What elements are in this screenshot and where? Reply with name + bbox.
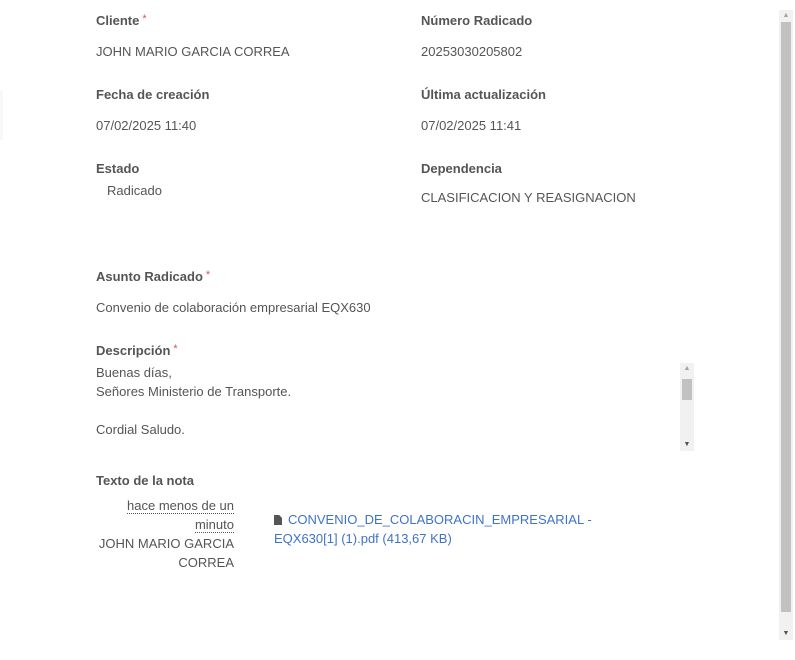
- asunto-label-text: Asunto Radicado: [96, 269, 203, 284]
- attachment-size: (413,67 KB): [382, 531, 451, 546]
- descripcion-box[interactable]: Buenas días, Señores Ministerio de Trans…: [96, 363, 696, 453]
- scrollbar-thumb[interactable]: [682, 379, 692, 400]
- left-edge-decoration: [0, 90, 3, 140]
- fecha-creacion-value: 07/02/2025 11:40: [96, 118, 196, 133]
- fecha-creacion-label: Fecha de creación: [96, 87, 209, 102]
- ultima-actualizacion-label: Última actualización: [421, 87, 546, 102]
- numero-radicado-value: 20253030205802: [421, 44, 522, 59]
- note-meta: hace menos de un minuto JOHN MARIO GARCI…: [96, 496, 234, 572]
- descripcion-label: Descripción*: [96, 343, 178, 358]
- required-marker: *: [173, 343, 177, 355]
- nota-label: Texto de la nota: [96, 473, 194, 488]
- scroll-up-arrow-icon[interactable]: ▲: [680, 363, 694, 375]
- estado-label: Estado: [96, 161, 139, 176]
- asunto-label: Asunto Radicado*: [96, 269, 210, 284]
- scroll-down-arrow-icon[interactable]: ▼: [680, 439, 694, 451]
- dependencia-value: CLASIFICACION Y REASIGNACION: [421, 190, 636, 205]
- file-icon: [274, 515, 282, 525]
- cliente-label-text: Cliente: [96, 13, 139, 28]
- ultima-actualizacion-value: 07/02/2025 11:41: [421, 118, 521, 133]
- numero-radicado-label: Número Radicado: [421, 13, 532, 28]
- scroll-down-arrow-icon[interactable]: ▼: [779, 628, 793, 640]
- attachment-link[interactable]: CONVENIO_DE_COLABORACIN_EMPRESARIAL - EQ…: [274, 512, 592, 546]
- note-attachment: CONVENIO_DE_COLABORACIN_EMPRESARIAL - EQ…: [274, 510, 634, 548]
- dependencia-label: Dependencia: [421, 161, 502, 176]
- radicado-detail-panel: Cliente* JOHN MARIO GARCIA CORREA Número…: [0, 0, 795, 660]
- asunto-value: Convenio de colaboración empresarial EQX…: [96, 300, 371, 315]
- scrollbar-thumb[interactable]: [781, 22, 791, 612]
- required-marker: *: [206, 269, 210, 281]
- cliente-label: Cliente*: [96, 13, 147, 28]
- estado-value: Radicado: [107, 183, 162, 198]
- descripcion-label-text: Descripción: [96, 343, 170, 358]
- cliente-value: JOHN MARIO GARCIA CORREA: [96, 44, 290, 59]
- note-author: JOHN MARIO GARCIA CORREA: [99, 536, 234, 570]
- note-timestamp[interactable]: hace menos de un minuto: [127, 498, 234, 533]
- descripcion-scrollbar[interactable]: ▲ ▼: [680, 363, 694, 451]
- required-marker: *: [142, 13, 146, 25]
- scroll-up-arrow-icon[interactable]: ▲: [779, 10, 793, 22]
- main-scrollbar[interactable]: ▲ ▼: [779, 10, 793, 640]
- descripcion-text: Buenas días, Señores Ministerio de Trans…: [96, 363, 676, 439]
